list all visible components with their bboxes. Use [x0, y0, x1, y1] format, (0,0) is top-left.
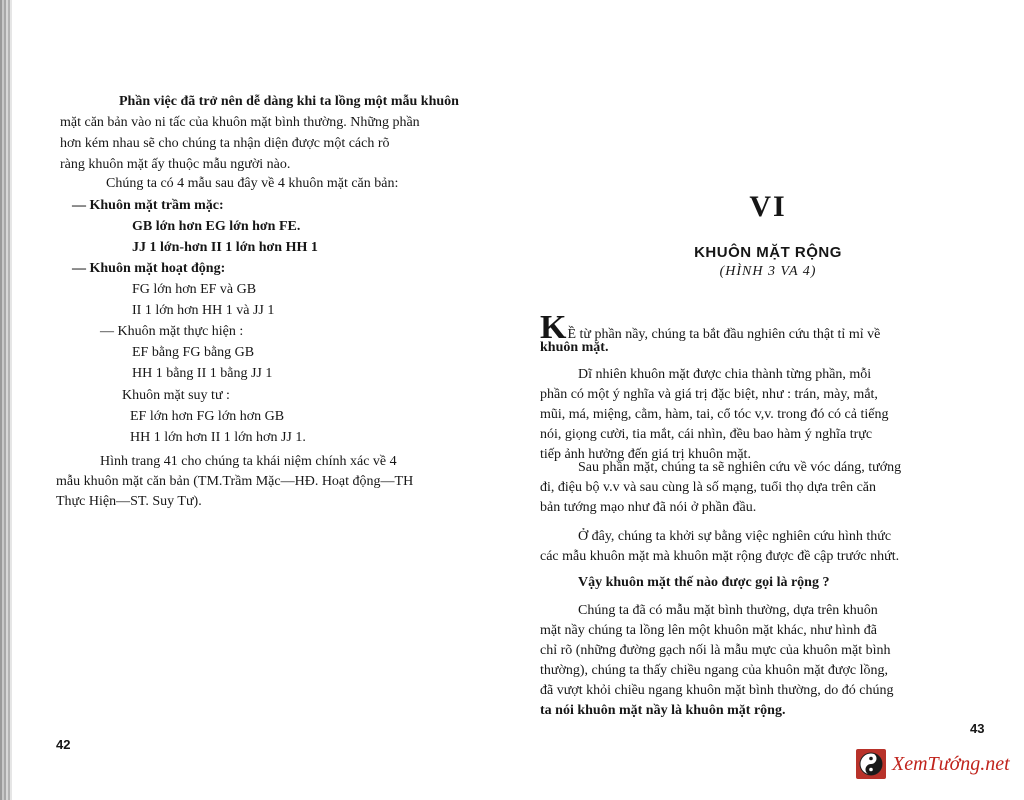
text-line: ta nói khuôn mặt nầy là khuôn mặt rộng.	[540, 701, 785, 721]
face-type-rule: EF bằng FG bằng GB	[132, 343, 254, 363]
face-type-rule: GB lớn hơn EG lớn hơn FE.	[132, 217, 300, 237]
yin-yang-icon	[856, 749, 886, 779]
text-line: thường), chúng ta thấy chiều ngang của k…	[540, 661, 888, 681]
text-line: ràng khuôn mặt ấy thuộc mẫu người nào.	[60, 155, 290, 175]
text-line: đã vượt khỏi chiều ngang khuôn mặt bình …	[540, 681, 894, 701]
text-line: Ở đây, chúng ta khởi sự bằng việc nghiên…	[578, 527, 891, 547]
text-line: chỉ rõ (những đường gạch nối là mẫu mực …	[540, 641, 891, 661]
text-line: Sau phần mặt, chúng ta sẽ nghiên cứu về …	[578, 458, 901, 478]
text-line: Dĩ nhiên khuôn mặt được chia thành từng …	[578, 365, 871, 385]
text-line: đi, điệu bộ v.v và sau cùng là số mạng, …	[540, 478, 876, 498]
face-type-rule: HH 1 bằng II 1 bằng JJ 1	[132, 364, 272, 384]
face-type-rule: II 1 lớn hơn HH 1 và JJ 1	[132, 301, 274, 321]
left-page: Phần việc đã trở nên dễ dàng khi ta lồng…	[12, 0, 512, 800]
text-line: bản tướng mạo như đã nói ở phần đầu.	[540, 498, 756, 518]
face-type-rule: FG lớn hơn EF và GB	[132, 280, 256, 300]
text-line: mặt căn bản vào ni tấc của khuôn mặt bìn…	[60, 113, 420, 133]
text-line: mũi, má, miệng, cằm, hàm, tai, cổ tóc v,…	[540, 405, 888, 425]
text-line: Chúng ta đã có mẫu mặt bình thường, dựa …	[578, 601, 878, 621]
text-line: nói, giọng cười, tia mắt, cái nhìn, đều …	[540, 425, 872, 445]
text-line: Hình trang 41 cho chúng ta khái niệm chí…	[100, 452, 397, 472]
book-edge	[0, 0, 12, 800]
chapter-title: KHUÔN MẶT RỘNG	[512, 244, 1024, 261]
face-type-heading: — Khuôn mặt thực hiện :	[100, 322, 243, 342]
face-type-heading: Khuôn mặt suy tư :	[122, 386, 230, 406]
text-line: mẫu khuôn mặt căn bản (TM.Trầm Mặc—HĐ. H…	[56, 472, 413, 492]
text-line: các mẫu khuôn mặt mà khuôn mặt rộng được…	[540, 547, 899, 567]
face-type-rule: EF lớn hơn FG lớn hơn GB	[130, 407, 284, 427]
text-line: Thực Hiện—ST. Suy Tư).	[56, 492, 202, 512]
face-type-rule: JJ 1 lớn-hơn II 1 lớn hơn HH 1	[132, 238, 318, 258]
text-span: Ề từ phần nầy, chúng ta bắt đầu nghiên c…	[567, 327, 880, 342]
text-line: Phần việc đã trở nên dễ dàng khi ta lồng…	[119, 92, 459, 112]
text-line: hơn kém nhau sẽ cho chúng ta nhận diện đ…	[60, 134, 390, 154]
site-watermark: XemTướng.net	[856, 747, 1010, 781]
chapter-subtitle: (HÌNH 3 VA 4)	[512, 264, 1024, 280]
chapter-number: VI	[512, 190, 1024, 224]
right-page: VI KHUÔN MẶT RỘNG (HÌNH 3 VA 4) KỀ từ ph…	[512, 0, 1024, 800]
text-line: phần có một ý nghĩa và giá trị đặc biệt,…	[540, 385, 878, 405]
page-number: 42	[56, 737, 70, 752]
face-type-rule: HH 1 lớn hơn II 1 lớn hơn JJ 1.	[130, 428, 306, 448]
face-type-heading: — Khuôn mặt trầm mặc:	[72, 196, 224, 216]
page-number: 43	[970, 721, 984, 736]
intro-line: Chúng ta có 4 mẫu sau đây về 4 khuôn mặt…	[106, 174, 398, 194]
face-type-heading: — Khuôn mặt hoạt động:	[72, 259, 225, 279]
question-line: Vậy khuôn mặt thế nào được gọi là rộng ?	[578, 573, 829, 593]
text-line: mặt nầy chúng ta lồng lên một khuôn mặt …	[540, 621, 877, 641]
text-line: khuôn mặt.	[540, 338, 608, 358]
watermark-text: XemTướng.net	[892, 753, 1010, 776]
